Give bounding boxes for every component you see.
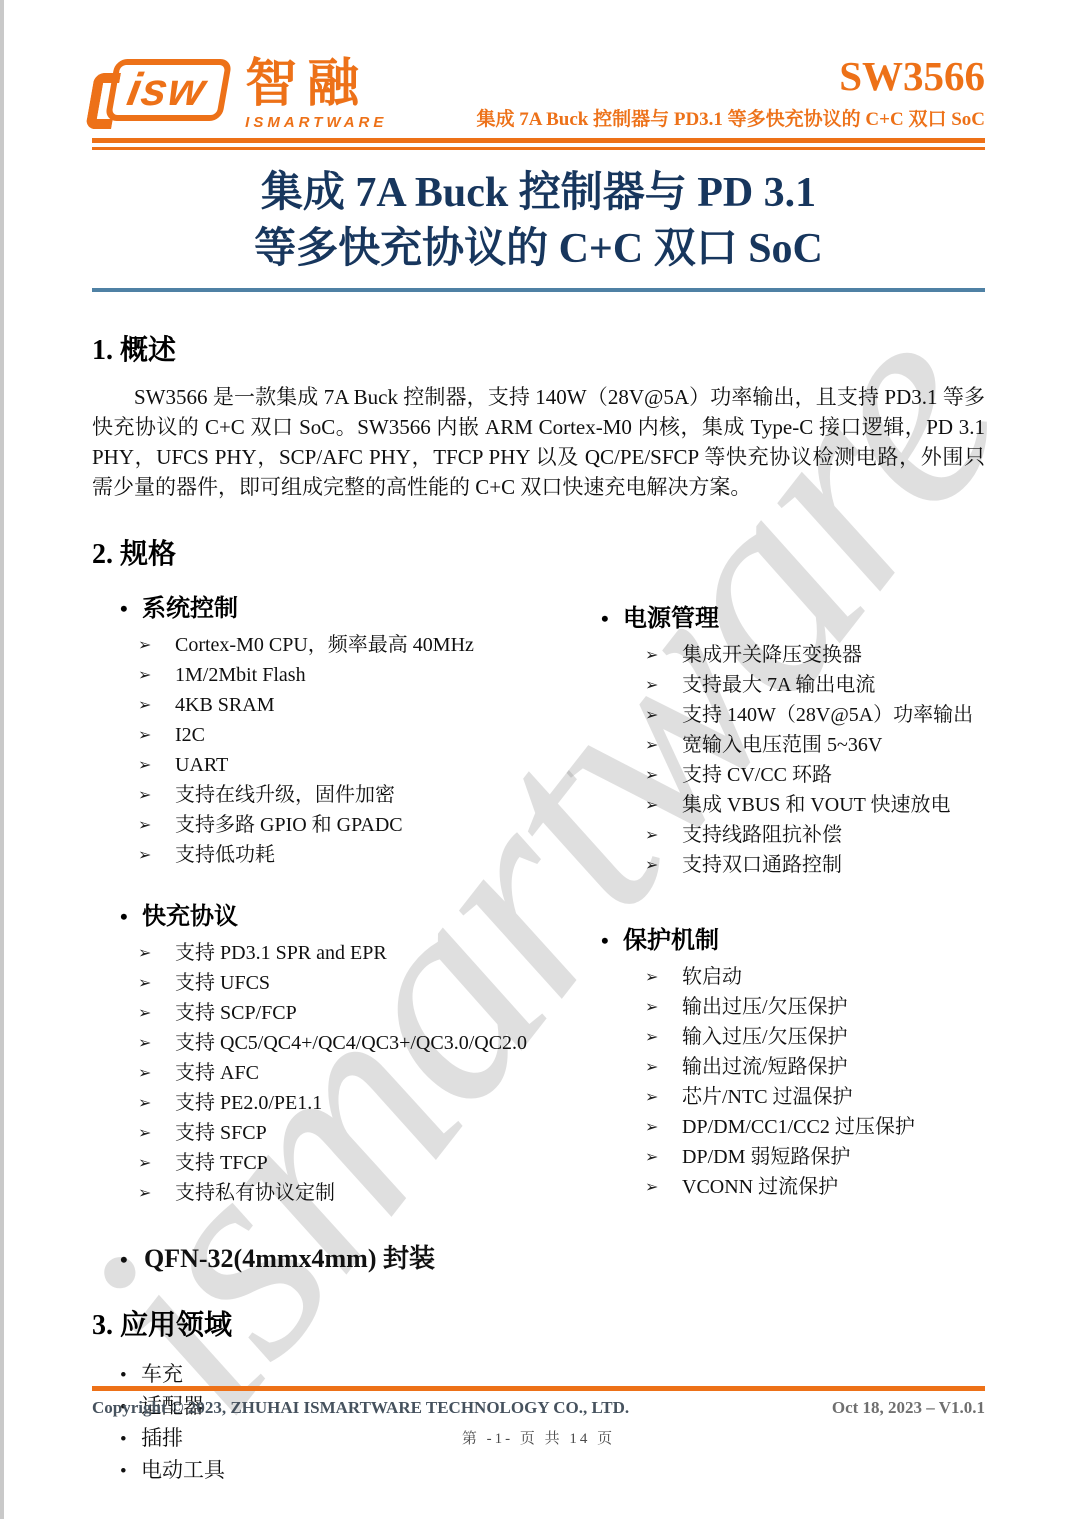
- overview-paragraph: SW3566 是一款集成 7A Buck 控制器，支持 140W（28V@5A）…: [92, 382, 985, 502]
- spec-item-text: 集成 VBUS 和 VOUT 快速放电: [682, 790, 951, 820]
- isw-logo-mark: isw: [105, 59, 233, 121]
- spec-column-right: • 电源管理 ➢ 集成开关降压变换器 ➢: [601, 588, 985, 1208]
- page-header: isw 智融 ISMARTWARE SW3566 集成 7A Buck 控制器与…: [92, 56, 985, 131]
- spec-item-text: 支持 CV/CC 环路: [682, 760, 832, 790]
- arrow-bullet-icon: ➢: [645, 820, 682, 850]
- section-heading-overview: 1. 概述: [92, 328, 985, 368]
- spec-item: ➢ 输出过压/欠压保护: [645, 992, 985, 1022]
- logo-english-name: ISMARTWARE: [245, 114, 387, 131]
- spec-item: ➢ 支持双口通路控制: [645, 850, 985, 880]
- package-text: QFN-32(4mmx4mm) 封装: [144, 1238, 435, 1275]
- part-number: SW3566: [387, 56, 985, 97]
- arrow-bullet-icon: ➢: [645, 790, 682, 820]
- spec-item-text: 支持 SFCP: [175, 1118, 267, 1148]
- datasheet-page: ismartware isw 智融 ISMARTWARE SW3566 集成 7…: [0, 0, 1080, 1519]
- spec-item-text: 集成开关降压变换器: [682, 640, 862, 670]
- bullet-dot-icon: •: [601, 606, 623, 632]
- page-number: 第 -1- 页 共 14 页: [92, 1427, 985, 1448]
- spec-item-text: 支持 SCP/FCP: [175, 998, 297, 1028]
- header-rule: [92, 138, 985, 150]
- arrow-bullet-icon: ➢: [645, 730, 682, 760]
- document-title-line1: 集成 7A Buck 控制器与 PD 3.1: [92, 166, 985, 222]
- spec-item-text: I2C: [175, 720, 205, 750]
- spec-item: ➢ 宽输入电压范围 5~36V: [645, 730, 985, 760]
- spec-group-heading: • 系统控制: [92, 588, 601, 623]
- spec-item: ➢ Cortex-M0 CPU，频率最高 40MHz: [138, 630, 601, 660]
- spec-item-text: 输出过压/欠压保护: [682, 992, 848, 1022]
- spec-list-protection: ➢ 软启动 ➢ 输出过压/欠压保护 ➢ 输入过压/欠压保护: [601, 962, 985, 1202]
- spec-item-text: DP/DM 弱短路保护: [682, 1142, 850, 1172]
- arrow-bullet-icon: ➢: [138, 1148, 175, 1178]
- spec-item-text: 支持私有协议定制: [175, 1178, 335, 1208]
- spec-item: ➢ 支持私有协议定制: [138, 1178, 601, 1208]
- logo-chinese-name: 智融: [245, 57, 387, 112]
- spec-item-text: 支持 PE2.0/PE1.1: [175, 1088, 322, 1118]
- spec-item-text: 支持 UFCS: [175, 968, 270, 998]
- bullet-dot-icon: •: [120, 1247, 144, 1273]
- spec-group-title: 系统控制: [142, 588, 238, 623]
- spec-item-text: 输入过压/欠压保护: [682, 1022, 848, 1052]
- spec-item: ➢ 1M/2Mbit Flash: [138, 660, 601, 690]
- spec-item: ➢ 软启动: [645, 962, 985, 992]
- spec-item: ➢ 支持线路阻抗补偿: [645, 820, 985, 850]
- copyright-text: Copyright © 2023, ZHUHAI ISMARTWARE TECH…: [92, 1398, 629, 1418]
- spec-group-heading: • 电源管理: [601, 598, 985, 633]
- bullet-dot-icon: •: [120, 904, 142, 930]
- spec-column-left: • 系统控制 ➢ Cortex-M0 CPU，频率最高 40MHz ➢: [92, 588, 601, 1208]
- arrow-bullet-icon: ➢: [645, 1172, 682, 1202]
- spec-item: ➢ 支持 PD3.1 SPR and EPR: [138, 938, 601, 968]
- spec-group-title: 保护机制: [623, 920, 719, 955]
- spec-item-text: DP/DM/CC1/CC2 过压保护: [682, 1112, 915, 1142]
- spec-item-text: 支持在线升级，固件加密: [175, 780, 395, 810]
- spec-group-heading: • 保护机制: [601, 920, 985, 955]
- title-rule: [92, 288, 985, 292]
- arrow-bullet-icon: ➢: [138, 840, 175, 870]
- spec-item: ➢ 支持 UFCS: [138, 968, 601, 998]
- spec-item-text: 输出过流/短路保护: [682, 1052, 848, 1082]
- spec-columns: • 系统控制 ➢ Cortex-M0 CPU，频率最高 40MHz ➢: [92, 588, 985, 1208]
- spec-item-text: 1M/2Mbit Flash: [175, 660, 306, 690]
- arrow-bullet-icon: ➢: [645, 850, 682, 880]
- arrow-bullet-icon: ➢: [645, 1022, 682, 1052]
- spec-item-text: 支持 QC5/QC4+/QC4/QC3+/QC3.0/QC2.0: [175, 1028, 527, 1058]
- spec-item-text: 支持 140W（28V@5A）功率输出: [682, 700, 973, 730]
- spec-item-text: 4KB SRAM: [175, 690, 274, 720]
- arrow-bullet-icon: ➢: [138, 810, 175, 840]
- spec-item-text: UART: [175, 750, 228, 780]
- spec-item-text: 支持 AFC: [175, 1058, 259, 1088]
- spec-item: ➢ DP/DM 弱短路保护: [645, 1142, 985, 1172]
- version-date-text: Oct 18, 2023 – V1.0.1: [832, 1398, 985, 1418]
- footer-rule: [92, 1386, 985, 1391]
- spec-item: ➢ 支持 TFCP: [138, 1148, 601, 1178]
- spec-item: ➢ 支持 AFC: [138, 1058, 601, 1088]
- application-item-text: 电动工具: [141, 1455, 225, 1485]
- spec-item-text: 支持多路 GPIO 和 GPADC: [175, 810, 403, 840]
- header-subtitle: 集成 7A Buck 控制器与 PD3.1 等多快充协议的 C+C 双口 SoC: [387, 104, 985, 131]
- arrow-bullet-icon: ➢: [138, 938, 175, 968]
- spec-group-protection: • 保护机制 ➢ 软启动 ➢ 输出过压/: [601, 920, 985, 1202]
- spec-list-fast-charge: ➢ 支持 PD3.1 SPR and EPR ➢ 支持 UFCS ➢: [92, 938, 601, 1208]
- spec-group-power-management: • 电源管理 ➢ 集成开关降压变换器 ➢: [601, 598, 985, 880]
- spec-item: ➢ VCONN 过流保护: [645, 1172, 985, 1202]
- spec-item-text: 宽输入电压范围 5~36V: [682, 730, 882, 760]
- application-item-text: 车充: [141, 1359, 183, 1389]
- spec-item-text: 支持最大 7A 输出电流: [682, 670, 875, 700]
- spec-item: ➢ 4KB SRAM: [138, 690, 601, 720]
- spec-group-title: 电源管理: [623, 598, 719, 633]
- header-right: SW3566 集成 7A Buck 控制器与 PD3.1 等多快充协议的 C+C…: [387, 56, 985, 131]
- spec-item: ➢ 支持 QC5/QC4+/QC4/QC3+/QC3.0/QC2.0: [138, 1028, 601, 1058]
- arrow-bullet-icon: ➢: [645, 1142, 682, 1172]
- spec-item: ➢ DP/DM/CC1/CC2 过压保护: [645, 1112, 985, 1142]
- footer-row: Copyright © 2023, ZHUHAI ISMARTWARE TECH…: [92, 1398, 985, 1418]
- spec-item: ➢ 支持 CV/CC 环路: [645, 760, 985, 790]
- arrow-bullet-icon: ➢: [645, 640, 682, 670]
- spec-item-text: 支持 PD3.1 SPR and EPR: [175, 938, 387, 968]
- spec-item-text: 支持线路阻抗补偿: [682, 820, 842, 850]
- arrow-bullet-icon: ➢: [138, 998, 175, 1028]
- spec-item: ➢ 输入过压/欠压保护: [645, 1022, 985, 1052]
- bullet-dot-icon: •: [601, 928, 623, 954]
- spec-item-text: 支持双口通路控制: [682, 850, 842, 880]
- arrow-bullet-icon: ➢: [138, 1058, 175, 1088]
- spec-item: ➢ 支持最大 7A 输出电流: [645, 670, 985, 700]
- arrow-bullet-icon: ➢: [645, 1052, 682, 1082]
- arrow-bullet-icon: ➢: [138, 660, 175, 690]
- arrow-bullet-icon: ➢: [138, 1088, 175, 1118]
- spec-item: ➢ 输出过流/短路保护: [645, 1052, 985, 1082]
- arrow-bullet-icon: ➢: [138, 750, 175, 780]
- arrow-bullet-icon: ➢: [645, 1082, 682, 1112]
- spec-group-title: 快充协议: [142, 896, 238, 931]
- spec-item: ➢ UART: [138, 750, 601, 780]
- arrow-bullet-icon: ➢: [138, 1178, 175, 1208]
- section-heading-applications: 3. 应用领域: [92, 1303, 985, 1343]
- page-footer: Copyright © 2023, ZHUHAI ISMARTWARE TECH…: [92, 1386, 985, 1448]
- arrow-bullet-icon: ➢: [645, 760, 682, 790]
- spec-item: ➢ 支持 SFCP: [138, 1118, 601, 1148]
- spec-item-text: 芯片/NTC 过温保护: [682, 1082, 853, 1112]
- arrow-bullet-icon: ➢: [645, 670, 682, 700]
- spec-item-text: VCONN 过流保护: [682, 1172, 838, 1202]
- spec-group-fast-charge: • 快充协议 ➢ 支持 PD3.1 SPR and EPR ➢: [92, 896, 601, 1208]
- spec-item: ➢ 支持 PE2.0/PE1.1: [138, 1088, 601, 1118]
- spec-item: ➢ I2C: [138, 720, 601, 750]
- isw-logo-text: isw: [124, 66, 209, 112]
- spec-item-text: 软启动: [682, 962, 742, 992]
- spec-group-system-control: • 系统控制 ➢ Cortex-M0 CPU，频率最高 40MHz ➢: [92, 588, 601, 870]
- package-line: • QFN-32(4mmx4mm) 封装: [92, 1238, 985, 1275]
- arrow-bullet-icon: ➢: [138, 780, 175, 810]
- arrow-bullet-icon: ➢: [138, 968, 175, 998]
- spec-item: ➢ 支持多路 GPIO 和 GPADC: [138, 810, 601, 840]
- arrow-bullet-icon: ➢: [645, 1112, 682, 1142]
- spec-item: ➢ 支持 140W（28V@5A）功率输出: [645, 700, 985, 730]
- bullet-dot-icon: •: [120, 1457, 141, 1487]
- document-title: 集成 7A Buck 控制器与 PD 3.1 等多快充协议的 C+C 双口 So…: [92, 166, 985, 278]
- arrow-bullet-icon: ➢: [138, 720, 175, 750]
- arrow-bullet-icon: ➢: [645, 962, 682, 992]
- spec-item-text: 支持 TFCP: [175, 1148, 268, 1178]
- company-logo: isw 智融 ISMARTWARE: [92, 57, 387, 131]
- arrow-bullet-icon: ➢: [138, 690, 175, 720]
- arrow-bullet-icon: ➢: [645, 700, 682, 730]
- spec-item: ➢ 芯片/NTC 过温保护: [645, 1082, 985, 1112]
- spec-list-system-control: ➢ Cortex-M0 CPU，频率最高 40MHz ➢ 1M/2Mbit Fl…: [92, 630, 601, 870]
- arrow-bullet-icon: ➢: [138, 1028, 175, 1058]
- spec-item: ➢ 支持 SCP/FCP: [138, 998, 601, 1028]
- arrow-bullet-icon: ➢: [138, 630, 175, 660]
- spec-item: ➢ 支持低功耗: [138, 840, 601, 870]
- application-item: • 电动工具: [120, 1455, 985, 1487]
- document-title-line2: 等多快充协议的 C+C 双口 SoC: [92, 222, 985, 278]
- spec-list-power-management: ➢ 集成开关降压变换器 ➢ 支持最大 7A 输出电流 ➢ 支持 14: [601, 640, 985, 880]
- spec-item-text: Cortex-M0 CPU，频率最高 40MHz: [175, 630, 474, 660]
- section-heading-specs: 2. 规格: [92, 532, 985, 572]
- arrow-bullet-icon: ➢: [645, 992, 682, 1022]
- bullet-dot-icon: •: [120, 596, 142, 622]
- arrow-bullet-icon: ➢: [138, 1118, 175, 1148]
- spec-item: ➢ 集成 VBUS 和 VOUT 快速放电: [645, 790, 985, 820]
- spec-item-text: 支持低功耗: [175, 840, 275, 870]
- logo-wordmark: 智融 ISMARTWARE: [245, 57, 387, 131]
- spec-group-heading: • 快充协议: [92, 896, 601, 931]
- spec-item: ➢ 集成开关降压变换器: [645, 640, 985, 670]
- spec-item: ➢ 支持在线升级，固件加密: [138, 780, 601, 810]
